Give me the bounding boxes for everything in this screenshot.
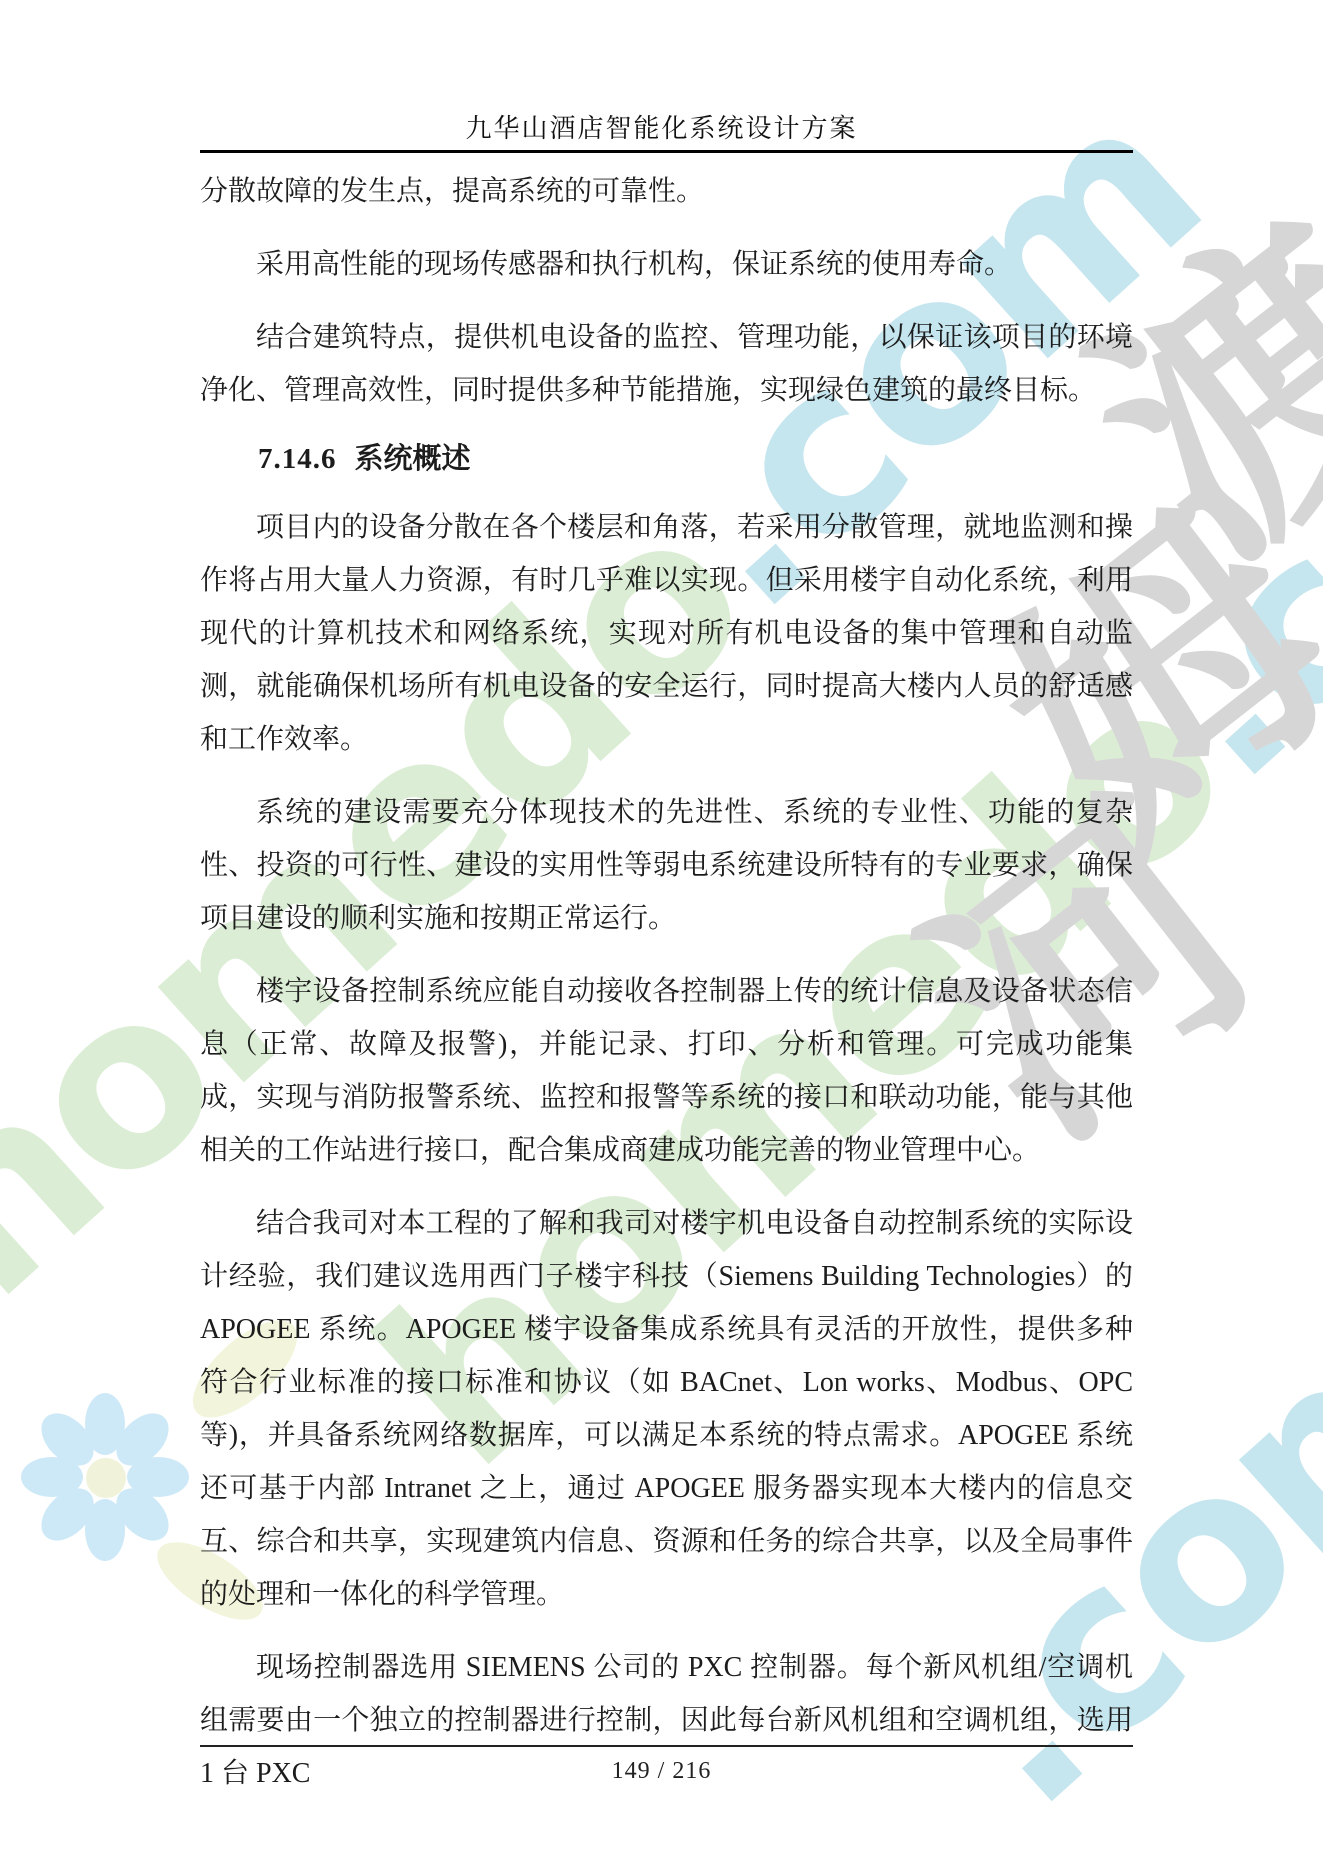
paragraph: 采用高性能的现场传感器和执行机构，保证系统的使用寿命。 <box>200 238 1133 291</box>
document-page: homedo.com homedo.com .com 河 姆 渡 九华山酒店智能… <box>0 0 1323 1871</box>
document-content: 九华山酒店智能化系统设计方案 分散故障的发生点，提高系统的可靠性。 采用高性能的… <box>0 0 1323 1871</box>
section-number: 7.14.6 <box>258 443 337 475</box>
paragraph: 楼宇设备控制系统应能自动接收各控制器上传的统计信息及设备状态信息（正常、故障及报… <box>200 965 1133 1177</box>
section-heading: 7.14.6系统概述 <box>200 437 1133 481</box>
header-rule <box>200 150 1133 153</box>
paragraph: 系统的建设需要充分体现技术的先进性、系统的专业性、功能的复杂性、投资的可行性、建… <box>200 786 1133 945</box>
section-title: 系统概述 <box>355 443 471 475</box>
document-body: 分散故障的发生点，提高系统的可靠性。 采用高性能的现场传感器和执行机构，保证系统… <box>200 165 1133 1820</box>
paragraph: 结合建筑特点，提供机电设备的监控、管理功能，以保证该项目的环境净化、管理高效性，… <box>200 311 1133 417</box>
paragraph: 项目内的设备分散在各个楼层和角落，若采用分散管理，就地监测和操作将占用大量人力资… <box>200 501 1133 766</box>
paragraph: 分散故障的发生点，提高系统的可靠性。 <box>200 165 1133 218</box>
page-header-title: 九华山酒店智能化系统设计方案 <box>0 108 1323 145</box>
footer-rule <box>200 1745 1133 1747</box>
page-number: 149 / 216 <box>0 1758 1323 1785</box>
paragraph: 结合我司对本工程的了解和我司对楼宇机电设备自动控制系统的实际设计经验，我们建议选… <box>200 1197 1133 1621</box>
